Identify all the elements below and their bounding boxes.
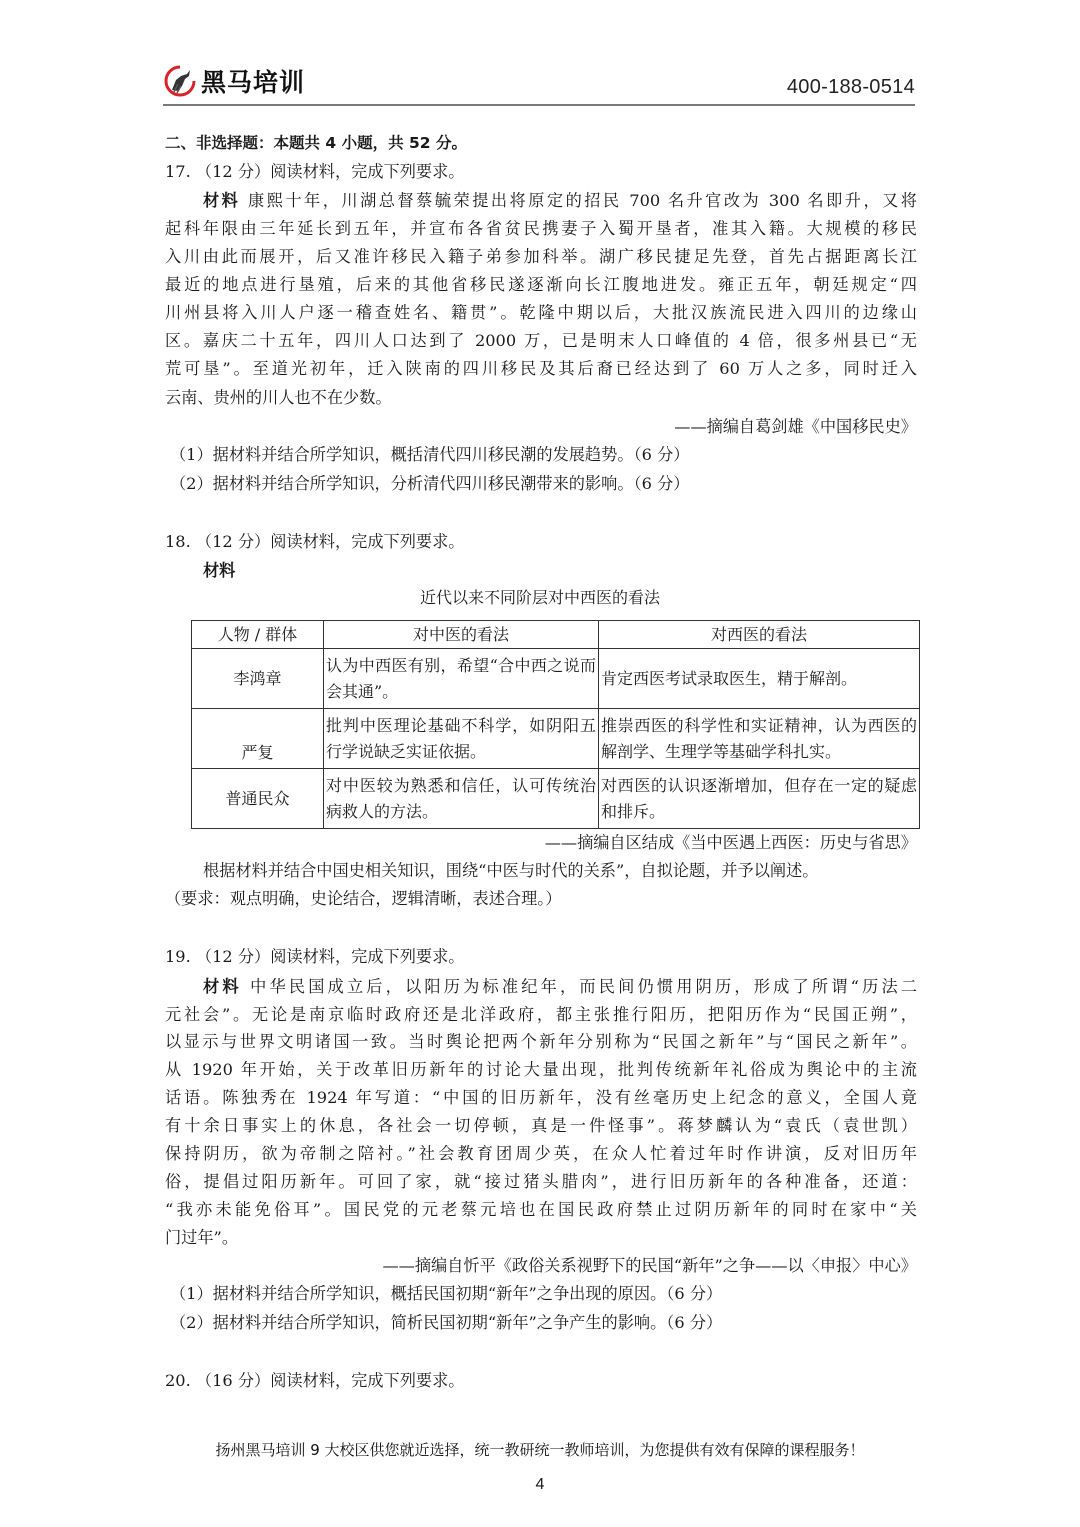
q19-material-line: 以显示与世界文明诸国一致。当时舆论把两个新年分别称为“民国之新年”与“国民之新年… [165,1031,917,1053]
table-cell: 对西医的认识逐渐增加，但存在一定的疑虑和排斥。 [599,769,920,829]
table-cell: 严复 [192,709,324,769]
q17-material-line: 川州县将入川人户逐一稽查姓名、籍贯”。乾隆中期以后，大批汉族流民进入四川的边缘山 [165,302,917,324]
q19-material-line: 俗，提倡过阳历新年。可回了家，就“接过猪头腊肉”，进行旧历新年的各种准备，还道： [165,1171,917,1193]
table-header: 对中医的看法 [324,621,599,649]
q19-subquestion-1: （1）据材料并结合所学知识，概括民国初期“新年”之争出现的原因。（6 分） [170,1283,722,1305]
horse-logo-icon [163,64,197,98]
q18-prompt: 根据材料并结合中国史相关知识，围绕“中医与时代的关系”，自拟论题，并予以阐述。 [203,860,917,882]
table-cell: 批判中医理论基础不科学，如阴阳五行学说缺乏实证依据。 [324,709,599,769]
q19-material-line: 话语。陈独秀在 1924 年写道：“中国的旧历新年，没有丝毫历史上纪念的意义，全… [165,1087,917,1109]
table-cell: 推崇西医的科学性和实证精神，认为西医的解剖学、生理学等基础学科扎实。 [599,709,920,769]
q17-material-line: 云南、贵州的川人也不在少数。 [165,387,392,409]
table-cell: 认为中西医有别，希望“合中西之说而会其通”。 [324,649,599,709]
page-number: 4 [0,1476,1080,1494]
q19-material-line: 有十余日事实上的休息，各社会一切停顿，真是一件怪事”。蒋梦麟认为“袁氏（袁世凯） [165,1115,917,1137]
q18-source: ——摘编自区结成《当中医遇上西医：历史与省思》 [545,832,917,854]
q19-material-line: 门过年”。 [165,1227,238,1249]
table-cell: 肯定西医考试录取医生，精于解剖。 [599,649,920,709]
q17-material-line: 最近的地点进行垦殖，后来的其他省移民遂逐渐向长江腹地进发。雍正五年，朝廷规定“四 [165,274,917,296]
q19-subquestion-2: （2）据材料并结合所学知识，简析民国初期“新年”之争产生的影响。（6 分） [170,1312,722,1334]
table-header: 对西医的看法 [599,621,920,649]
brand-logo: 黑马培训 [163,64,305,98]
phone-number: 400-188-0514 [787,76,915,99]
q17-subquestion-2: （2）据材料并结合所学知识，分析清代四川移民潮带来的影响。（6 分） [170,473,689,495]
table-header-row: 人物 / 群体 对中医的看法 对西医的看法 [192,621,920,649]
q19-source: ——摘编自忻平《政俗关系视野下的民国“新年”之争——以〈申报〉中心》 [382,1255,917,1277]
header-divider [163,104,915,106]
table-cell: 李鸿章 [192,649,324,709]
q20-stem: 20. （16 分）阅读材料，完成下列要求。 [165,1370,464,1392]
q17-subquestion-1: （1）据材料并结合所学知识，概括清代四川移民潮的发展趋势。（6 分） [170,444,689,466]
brand-name: 黑马培训 [201,63,305,99]
q19-stem: 19. （12 分）阅读材料，完成下列要求。 [165,946,464,968]
q17-material-line: 入川由此而展开，后又准许移民入籍子弟参加科举。湖广移民捷足先登，首先占据距离长江 [165,246,917,268]
material-label: 材料 [203,191,240,210]
q17-material-line: 荒可垦”。至道光初年，迁入陕南的四川移民及其后裔已经达到了 60 万人之多，同时… [165,358,917,380]
q17-stem: 17. （12 分）阅读材料，完成下列要求。 [165,161,464,183]
table-row: 普通民众 对中医较为熟悉和信任，认可传统治病救人的方法。 对西医的认识逐渐增加，… [192,769,920,829]
q19-material-line: 材料 中华民国成立后，以阳历为标准纪年，而民间仍惯用阴历，形成了所谓“历法二 [203,976,917,998]
q18-stem: 18. （12 分）阅读材料，完成下列要求。 [165,531,464,553]
footer-slogan: 扬州黑马培训 9 大校区供您就近选择，统一教研统一教师培训，为您提供有效有保障的… [0,1439,1080,1460]
table-row: 严复 批判中医理论基础不科学，如阴阳五行学说缺乏实证依据。 推崇西医的科学性和实… [192,709,920,769]
exam-page: 黑马培训 400-188-0514 二、非选择题：本题共 4 小题，共 52 分… [0,0,1080,1527]
material-label: 材料 [203,977,242,996]
q18-table-title: 近代以来不同阶层对中西医的看法 [0,587,1080,609]
q18-requirement: （要求：观点明确，史论结合，逻辑清晰，表述合理。） [165,888,562,910]
table-row: 李鸿章 认为中西医有别，希望“合中西之说而会其通”。 肯定西医考试录取医生，精于… [192,649,920,709]
q19-material-line: 保持阴历，欲为帝制之陪衬。”社会教育团周少英，在众人忙着过年时作讲演，反对旧历年 [165,1143,917,1165]
q19-material-line: 从 1920 年开始，关于改革旧历新年的讨论大量出现，批判传统新年礼俗成为舆论中… [165,1059,917,1081]
table-cell: 对中医较为熟悉和信任，认可传统治病救人的方法。 [324,769,599,829]
q19-material-line: “我亦未能免俗耳”。国民党的元老蔡元培也在国民政府禁止过阴历新年的同时在家中“关 [165,1199,917,1221]
q17-material-line: 材料 康熙十年，川湖总督蔡毓荣提出将原定的招民 700 名升官改为 300 名即… [203,190,917,212]
table-header: 人物 / 群体 [192,621,324,649]
table-cell: 普通民众 [192,769,324,829]
q18-material-label: 材料 [203,560,235,582]
q17-material-line: 区。嘉庆二十五年，四川人口达到了 2000 万，已是明末人口峰值的 4 倍，很多… [165,330,917,352]
page-header: 黑马培训 400-188-0514 [163,62,915,106]
q17-source: ——摘编自葛剑雄《中国移民史》 [674,416,917,438]
section-title: 二、非选择题：本题共 4 小题，共 52 分。 [165,132,467,154]
q19-material-line: 元社会”。无论是南京临时政府还是北洋政府，都主张推行阳历，把阳历作为“民国正朔”… [165,1004,917,1026]
q18-table: 人物 / 群体 对中医的看法 对西医的看法 李鸿章 认为中西医有别，希望“合中西… [191,620,920,829]
q17-material-line: 起科年限由三年延长到五年，并宣布各省贫民携妻子入蜀开垦者，准其入籍。大规模的移民 [165,218,917,240]
